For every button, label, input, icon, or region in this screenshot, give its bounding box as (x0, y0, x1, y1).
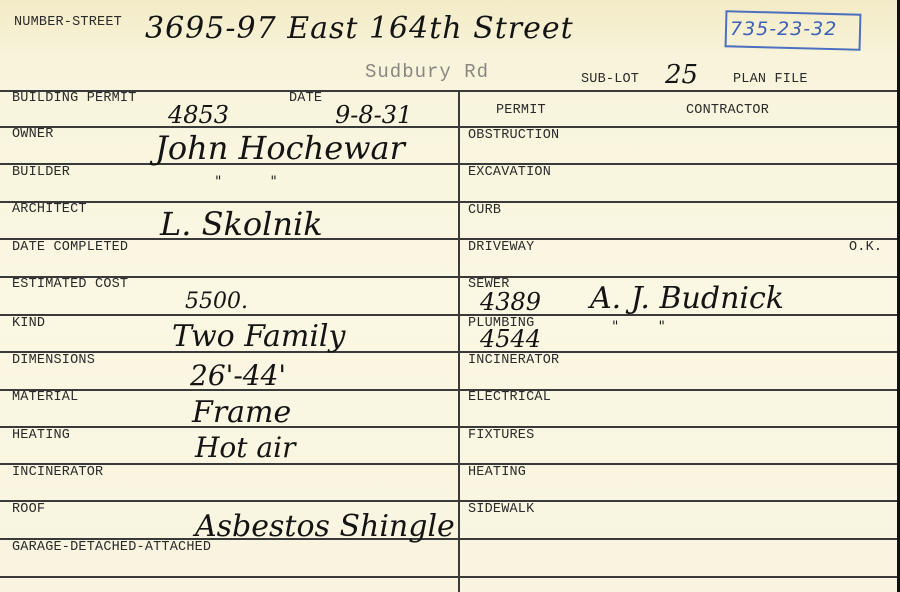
rule (0, 576, 900, 578)
builder-label: BUILDER (12, 166, 70, 180)
sub-lot-label: SUB-LOT (581, 73, 639, 87)
kind-value: Two Family (172, 322, 345, 352)
rule (0, 276, 900, 278)
plumbing-permit-number: 4544 (480, 327, 541, 351)
building-permit-value: 4853 (168, 103, 229, 127)
material-value: Frame (192, 398, 291, 428)
garage-label: GARAGE-DETACHED-ATTACHED (12, 541, 211, 555)
kind-label: KIND (12, 317, 45, 331)
date-value: 9-8-31 (335, 103, 412, 127)
curb-label: CURB (468, 204, 501, 218)
dimensions-label: DIMENSIONS (12, 354, 95, 368)
permit-header: PERMIT (496, 104, 546, 118)
rule (0, 126, 900, 128)
driveway-label: DRIVEWAY (468, 241, 534, 255)
rule (0, 500, 900, 502)
plumbing-contractor: " " (612, 320, 665, 334)
permit-card: NUMBER-STREET 3695-97 East 164th Street … (0, 0, 900, 592)
stamped-street-name: Sudbury Rd (365, 61, 489, 83)
driveway-note: O.K. (849, 241, 882, 255)
plan-file-label: PLAN FILE (733, 73, 808, 87)
date-completed-label: DATE COMPLETED (12, 241, 128, 255)
file-number: 735-23-32 (730, 18, 837, 40)
dimensions-value: 26'-44' (190, 362, 286, 390)
rule (0, 201, 900, 203)
architect-label: ARCHITECT (12, 203, 87, 217)
sewer-contractor: A. J. Budnick (590, 284, 784, 314)
heating-value: Hot air (195, 434, 295, 462)
estimated-cost-label: ESTIMATED COST (12, 278, 128, 292)
excavation-label: EXCAVATION (468, 166, 551, 180)
obstruction-label: OBSTRUCTION (468, 129, 559, 143)
rule (0, 238, 900, 240)
sewer-permit-number: 4389 (480, 290, 541, 314)
building-permit-label: BUILDING PERMIT (12, 92, 137, 106)
rule (0, 426, 900, 428)
roof-value: Asbestos Shingle (195, 512, 455, 542)
estimated-cost-value: 5500. (185, 291, 248, 313)
owner-value: John Hochewar (155, 132, 405, 164)
incinerator-label: INCINERATOR (12, 466, 103, 480)
incinerator-permit-label: INCINERATOR (468, 354, 559, 368)
owner-label: OWNER (12, 128, 54, 142)
sidewalk-label: SIDEWALK (468, 503, 534, 517)
number-street-label: NUMBER-STREET (14, 16, 122, 30)
date-label: DATE (289, 92, 322, 106)
electrical-label: ELECTRICAL (468, 391, 551, 405)
sub-lot-value: 25 (665, 62, 698, 88)
column-divider (458, 90, 460, 592)
builder-value: " " (215, 175, 277, 189)
material-label: MATERIAL (12, 391, 78, 405)
fixtures-label: FIXTURES (468, 429, 534, 443)
rule (0, 463, 900, 465)
rule (0, 351, 900, 353)
rule (0, 163, 900, 165)
architect-value: L. Skolnik (160, 208, 323, 240)
heating-label: HEATING (12, 429, 70, 443)
heating-permit-label: HEATING (468, 466, 526, 480)
roof-label: ROOF (12, 503, 45, 517)
rule (0, 389, 900, 391)
number-street-value: 3695-97 East 164th Street (145, 14, 574, 44)
contractor-header: CONTRACTOR (686, 104, 769, 118)
